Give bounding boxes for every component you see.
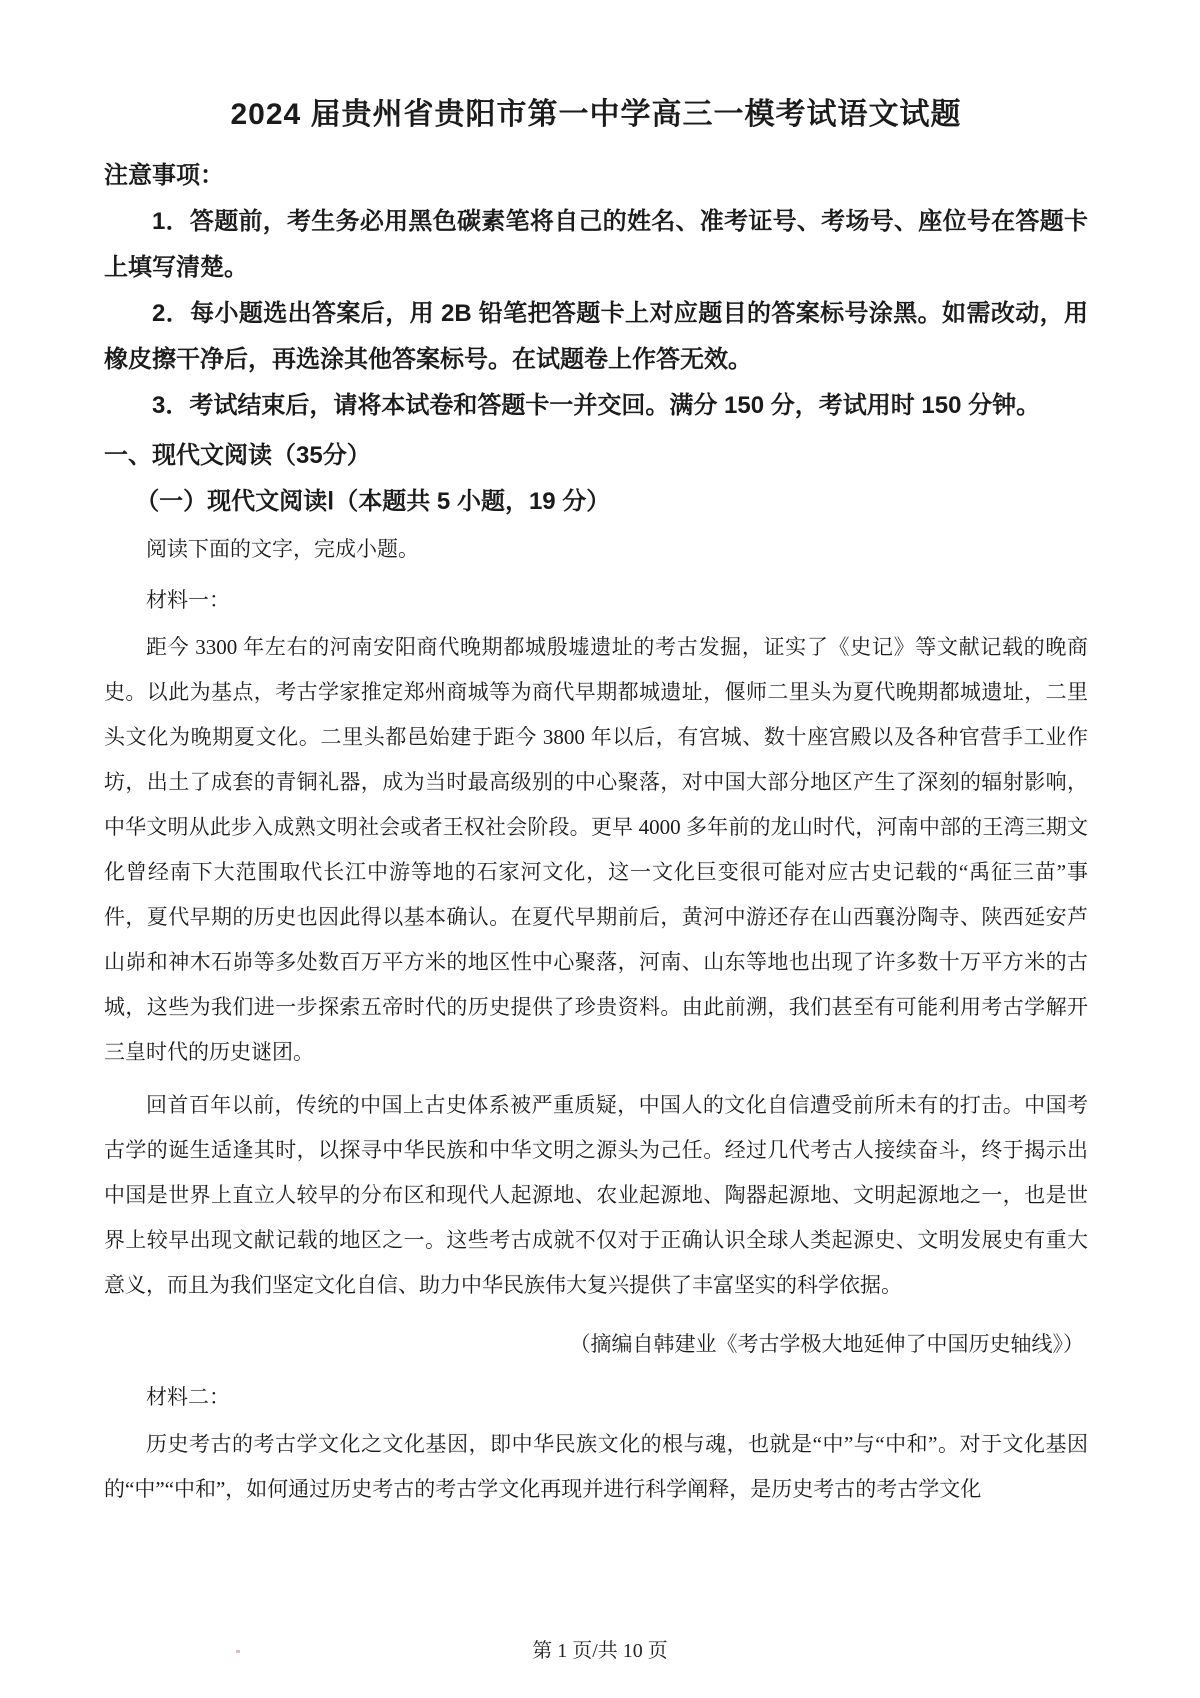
material-one-paragraph-1: 距今 3300 年左右的河南安阳商代晚期都城殷墟遗址的考古发掘，证实了《史记》等… — [104, 625, 1088, 1075]
material-one-section: 材料一： 距今 3300 年左右的河南安阳商代晚期都城殷墟遗址的考古发掘，证实了… — [104, 578, 1088, 1367]
material-one-paragraph-2: 回首百年以前，传统的中国上古史体系被严重质疑，中国人的文化自信遭受前所未有的打击… — [104, 1083, 1088, 1308]
subsection-heading-reading-one: （一）现代文阅读Ⅰ（本题共 5 小题，19 分） — [104, 479, 1088, 525]
material-two-section: 材料二： 历史考古的考古学文化之文化基因，即中华民族文化的根与魂，也就是“中”与… — [104, 1375, 1088, 1512]
material-one-label: 材料一： — [104, 578, 1088, 623]
material-two-label: 材料二： — [104, 1375, 1088, 1420]
notice-item-1: 1．答题前，考生务必用黑色碳素笔将自己的姓名、准考证号、考场号、座位号在答题卡上… — [104, 199, 1088, 291]
notice-item-2: 2．每小题选出答案后，用 2B 铅笔把答题卡上对应题目的答案标号涂黑。如需改动，… — [104, 291, 1088, 383]
page-title: 2024 届贵州省贵阳市第一中学高三一模考试语文试题 — [104, 95, 1088, 135]
notice-section: 注意事项： 1．答题前，考生务必用黑色碳素笔将自己的姓名、准考证号、考场号、座位… — [104, 153, 1088, 429]
exam-paper-page: 2024 届贵州省贵阳市第一中学高三一模考试语文试题 注意事项： 1．答题前，考… — [0, 0, 1200, 1698]
section-heading-modern-reading: 一、现代文阅读（35分） — [104, 433, 1088, 479]
notice-item-3: 3．考试结束后，请将本试卷和答题卡一并交回。满分 150 分，考试用时 150 … — [104, 383, 1088, 429]
page-content: 2024 届贵州省贵阳市第一中学高三一模考试语文试题 注意事项： 1．答题前，考… — [104, 0, 1088, 1512]
notice-heading: 注意事项： — [104, 153, 1088, 199]
scan-artifact-dot — [236, 1650, 240, 1653]
material-two-paragraph-1: 历史考古的考古学文化之文化基因，即中华民族文化的根与魂，也就是“中”与“中和”。… — [104, 1422, 1088, 1512]
material-one-attribution: （摘编自韩建业《考古学极大地延伸了中国历史轴线》） — [104, 1322, 1088, 1367]
page-number-indicator: 第 1 页/共 10 页 — [0, 1636, 1200, 1666]
reading-instruction: 阅读下面的文字，完成小题。 — [104, 527, 1088, 572]
